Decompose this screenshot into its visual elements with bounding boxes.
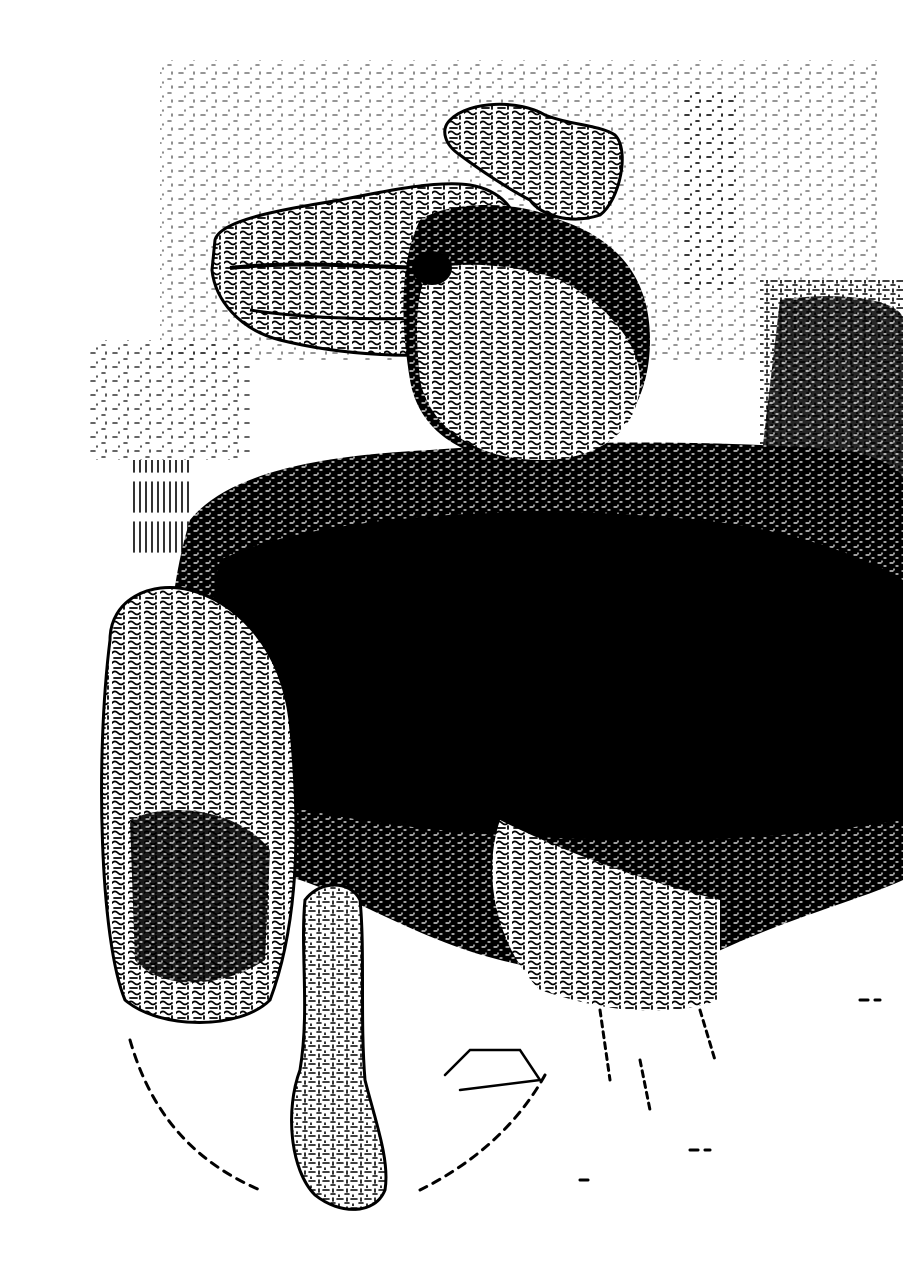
dog-eye (412, 251, 452, 285)
dog-hind-quarter (102, 587, 296, 1022)
dog-front-leg (292, 885, 386, 1209)
ground-shadow (130, 1000, 880, 1190)
ink-drawing-dog (0, 0, 903, 1280)
